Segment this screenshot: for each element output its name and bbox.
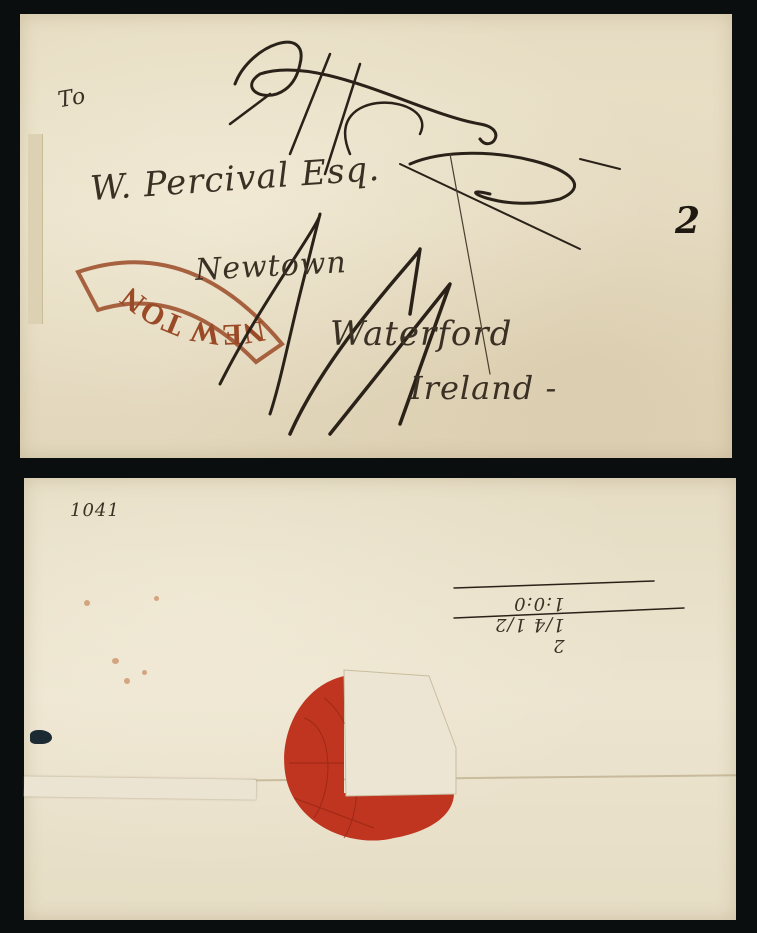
wax-seal	[274, 668, 474, 858]
address-to: To	[56, 84, 88, 114]
address-county: Waterford	[330, 314, 512, 354]
ink-blot	[30, 730, 52, 744]
letter-front: NEW TON To W. Percival Esq. Newtown Wate…	[20, 14, 732, 458]
accounting-note: 2 1/4 1/2 1:0:0	[494, 593, 565, 656]
foxing-stain	[124, 678, 130, 684]
address-country: Ireland -	[410, 369, 557, 407]
rate-markings	[20, 14, 732, 458]
accounting-line-2: 1/4 1/2	[494, 614, 565, 635]
foxing-stain	[112, 658, 119, 664]
foxing-stain	[142, 670, 147, 675]
accounting-line-1: 2	[494, 635, 565, 656]
corner-rate-mark: 2	[675, 200, 701, 242]
letter-back: 1041 2 1/4 1/2 1:0:0	[24, 478, 736, 920]
foxing-stain	[84, 600, 90, 606]
foxing-stain	[154, 596, 159, 601]
accounting-line-3: 1:0:0	[494, 593, 565, 614]
